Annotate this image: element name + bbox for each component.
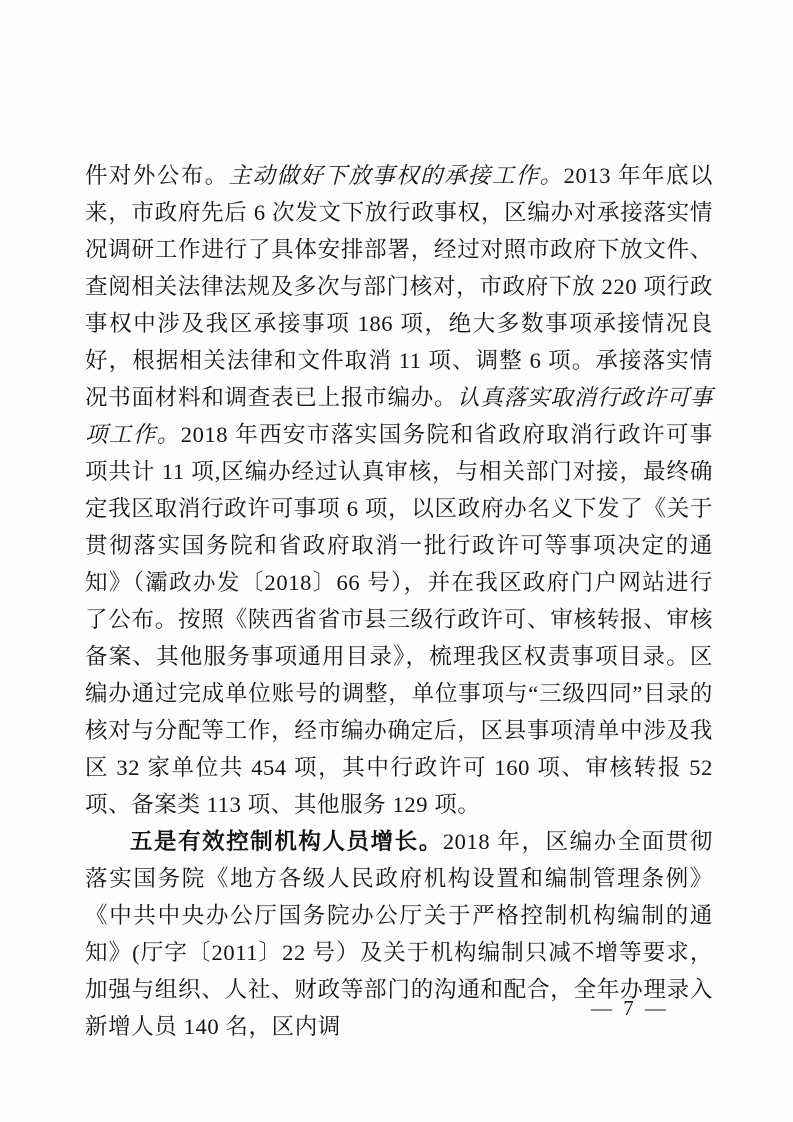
- text-segment: 件对外公布。: [85, 163, 229, 188]
- text-segment: 2013 年年底以来，市政府先后 6 次发文下放行政事权，区编办对承接落实情况调…: [85, 163, 713, 410]
- document-body: 件对外公布。主动做好下放事权的承接工作。2013 年年底以来，市政府先后 6 次…: [85, 157, 713, 1045]
- page-number: — 7 —: [591, 996, 669, 1021]
- text-segment: 2018 年西安市落实国务院和省政府取消行政许可事项共计 11 项,区编办经过认…: [85, 422, 713, 817]
- emphasis-text-segment: 主动做好下放事权的承接工作。: [229, 163, 564, 188]
- document-page: 件对外公布。主动做好下放事权的承接工作。2013 年年底以来，市政府先后 6 次…: [0, 0, 793, 1122]
- bold-lead-text-segment: 五是有效控制机构人员增长。: [130, 829, 443, 854]
- paragraph-continued: 件对外公布。主动做好下放事权的承接工作。2013 年年底以来，市政府先后 6 次…: [85, 157, 713, 823]
